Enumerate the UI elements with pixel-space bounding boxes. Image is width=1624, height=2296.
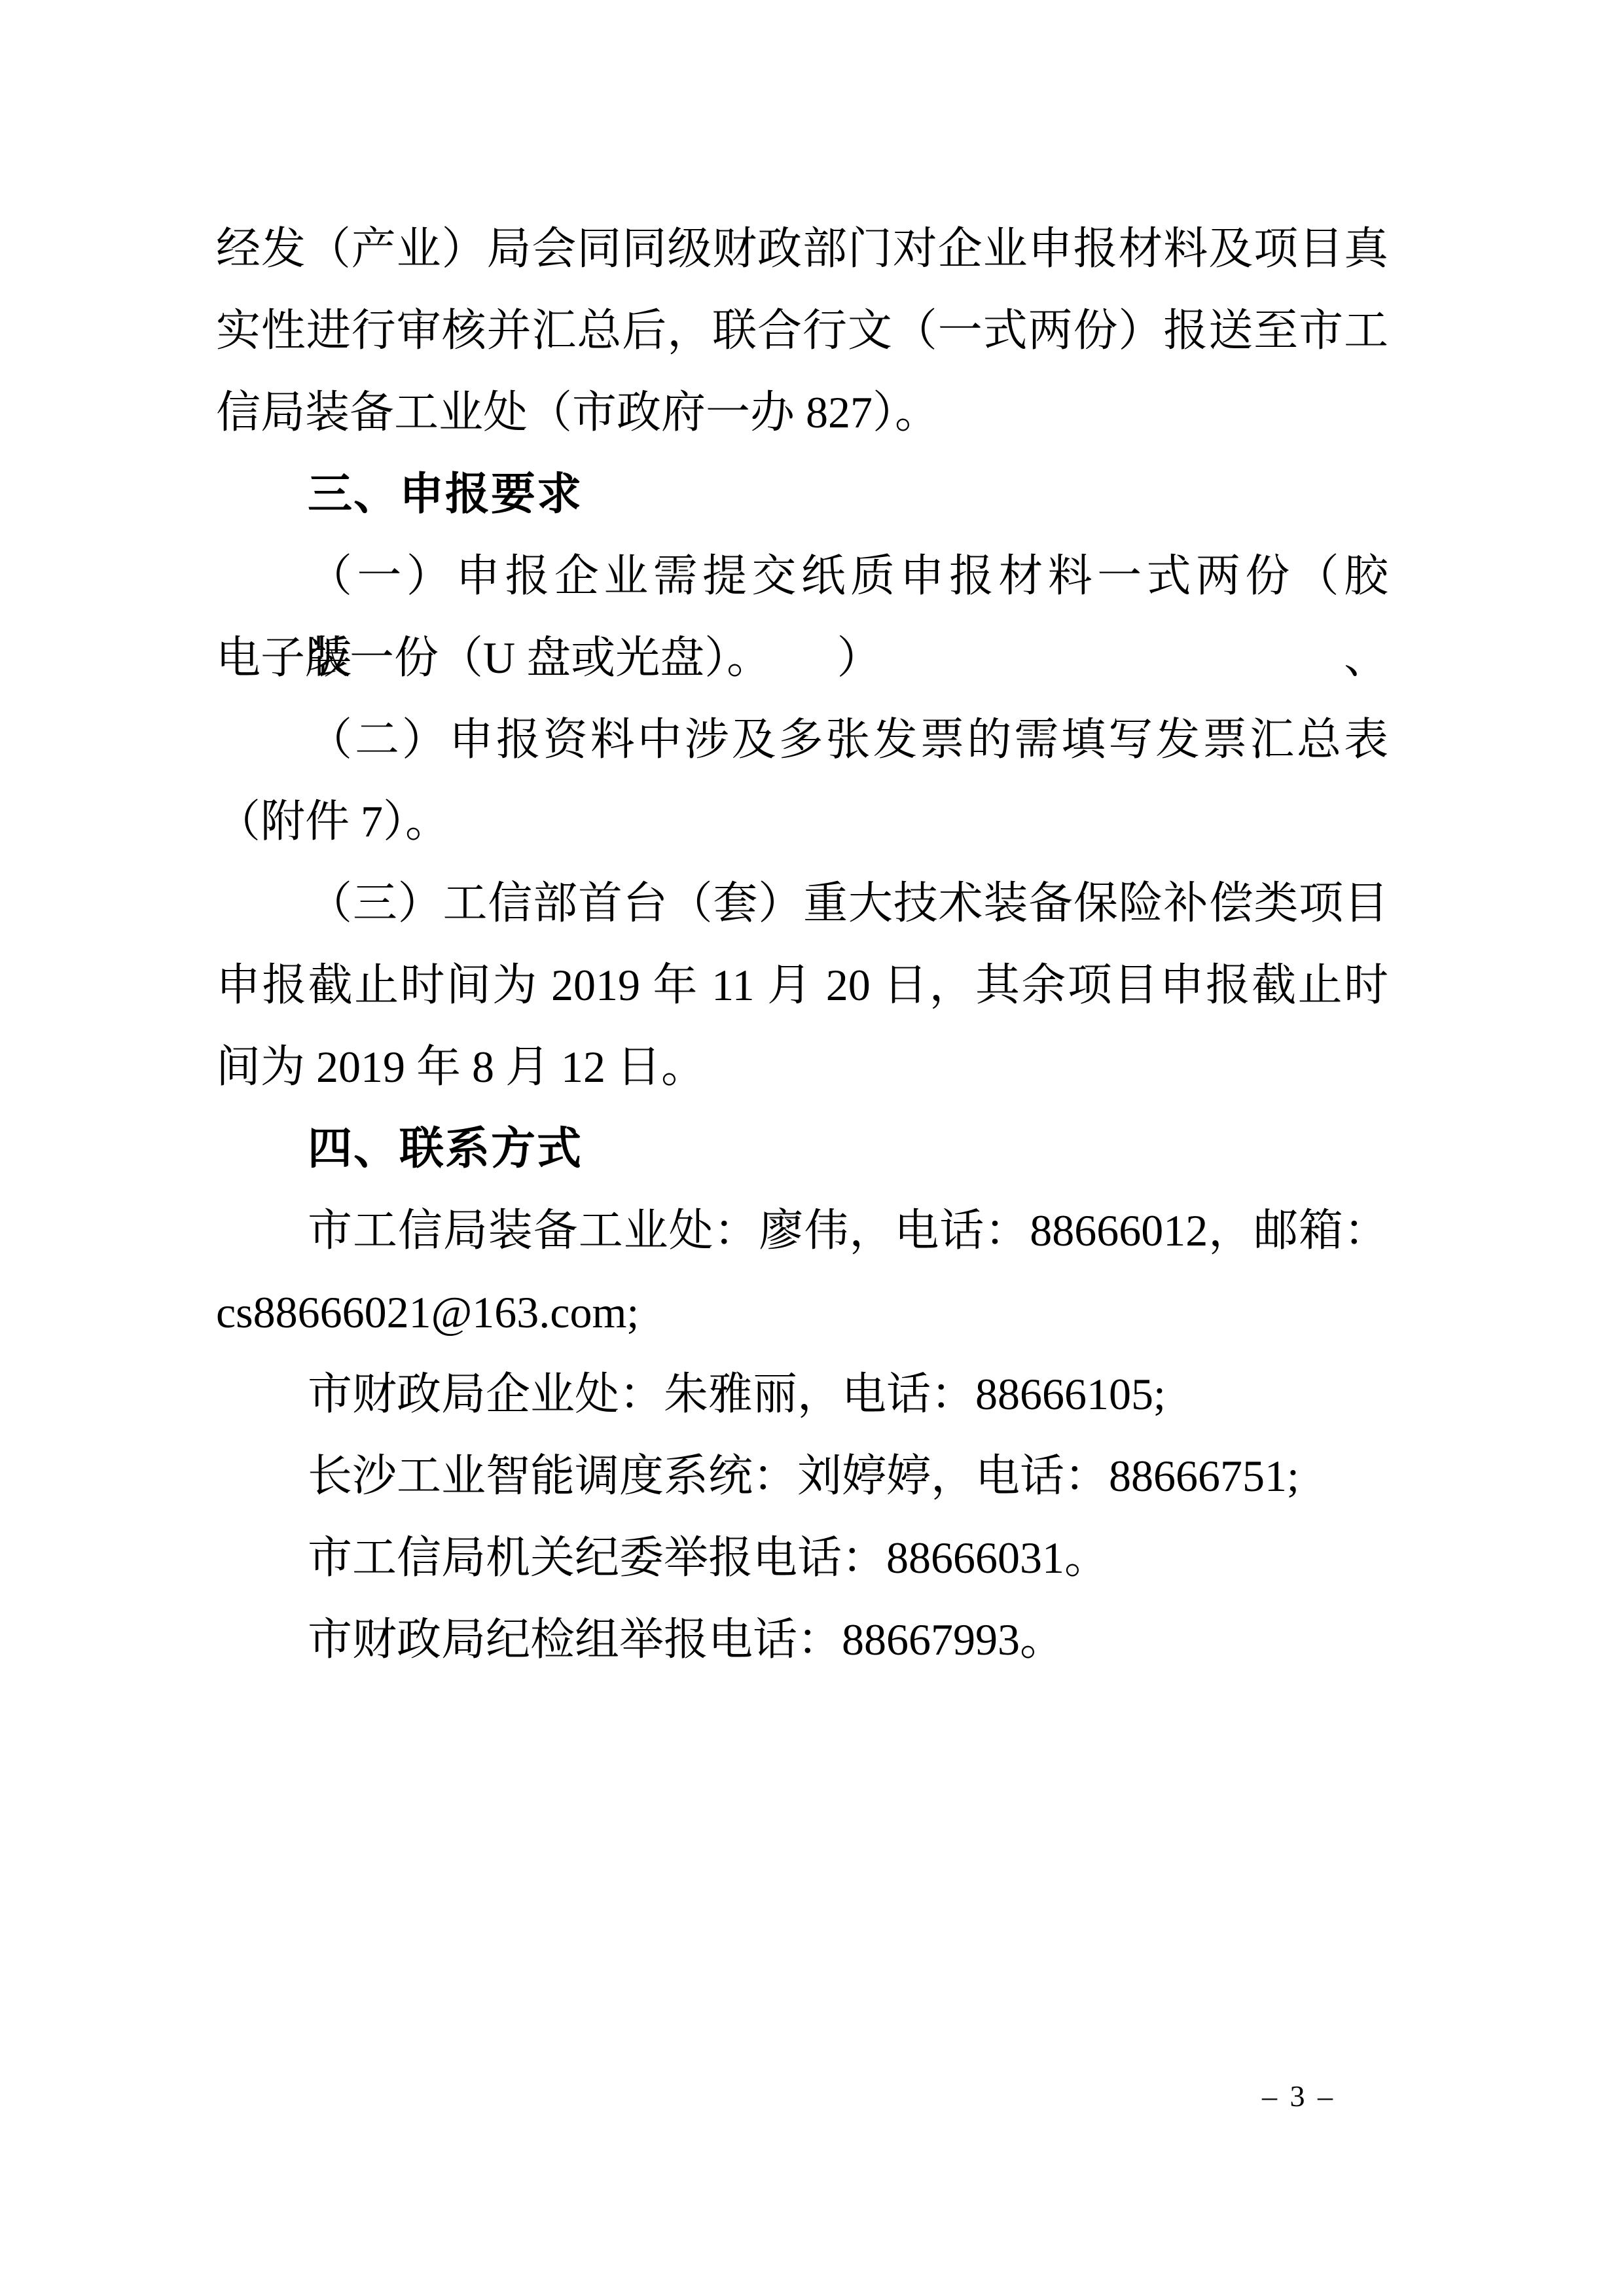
document-body: 经发（产业）局会同同级财政部门对企业申报材料及项目真 实性进行审核并汇总后，联合… xyxy=(216,208,1388,1681)
page-number: – 3 – xyxy=(1262,2073,1335,2119)
text-line: 经发（产业）局会同同级财政部门对企业申报材料及项目真 xyxy=(216,208,1388,290)
text-line: 市工信局装备工业处：廖伟，电话：88666012，邮箱： xyxy=(216,1190,1388,1272)
text-line: （三）工信部首台（套）重大技术装备保险补偿类项目 xyxy=(216,863,1388,944)
text-line: cs88666021@163.com; xyxy=(216,1272,1388,1354)
section-heading: 三、申报要求 xyxy=(216,454,1388,535)
text-line: （附件 7）。 xyxy=(216,781,1388,863)
text-line: 申报截止时间为 2019 年 11 月 20 日，其余项目申报截止时 xyxy=(216,944,1388,1026)
text-line: 长沙工业智能调度系统：刘婷婷，电话：88666751; xyxy=(216,1435,1388,1517)
document-page: 经发（产业）局会同同级财政部门对企业申报材料及项目真 实性进行审核并汇总后，联合… xyxy=(0,0,1624,2296)
text-line: 间为 2019 年 8 月 12 日。 xyxy=(216,1026,1388,1108)
text-line: 信局装备工业处（市政府一办 827）。 xyxy=(216,372,1388,454)
text-line: （二）申报资料中涉及多张发票的需填写发票汇总表 xyxy=(216,699,1388,781)
section-heading: 四、联系方式 xyxy=(216,1108,1388,1190)
text-line: 实性进行审核并汇总后，联合行文（一式两份）报送至市工 xyxy=(216,290,1388,372)
text-line: 市财政局纪检组举报电话：88667993。 xyxy=(216,1599,1388,1681)
text-line: （一）申报企业需提交纸质申报材料一式两份（胶装）、 xyxy=(216,535,1388,617)
text-line: 市财政局企业处：朱雅丽，电话：88666105; xyxy=(216,1354,1388,1435)
text-line: 市工信局机关纪委举报电话：88666031。 xyxy=(216,1517,1388,1599)
